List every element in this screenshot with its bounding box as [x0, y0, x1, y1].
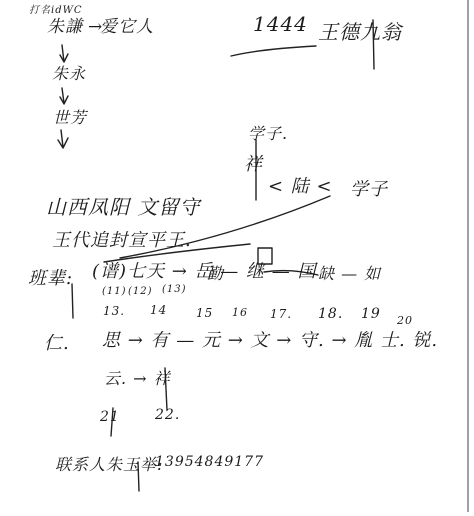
contact-phone: 13954849177 [155, 455, 264, 469]
row3-chain: 云. → 祥 [104, 371, 171, 387]
down-arrow-2 [60, 88, 68, 104]
paren-number-11: (11) [102, 287, 127, 297]
lineage-third: 世芳 [53, 110, 87, 126]
row3-number-22: 22. [155, 408, 180, 422]
header-number: 1444 [253, 14, 308, 34]
paren-number-13: (13) [162, 285, 187, 295]
row2-label: 仁. [44, 335, 70, 353]
lineage-second: 朱永 [52, 66, 86, 82]
generation-chain-b: 缺 — 如 [318, 266, 381, 282]
paren-number-12: (12) [128, 287, 153, 297]
side-chain-end: 学子 [350, 181, 388, 199]
corner-label: 打名idWC [29, 6, 83, 16]
origin-line: 山西凤阳 文留守 [46, 197, 200, 217]
row3-number-21: 21 [100, 410, 120, 424]
down-arrow-3 [58, 130, 68, 148]
generation-descender [72, 284, 73, 318]
generation-chain: (谱)七天 → 岳 — 继 — 国 [92, 263, 316, 281]
title-line: 王代追封宣平王. [52, 232, 192, 250]
contact-label: 联系人朱玉举: [55, 457, 163, 473]
underline-1444 [231, 46, 316, 56]
down-arrow-1 [60, 45, 68, 62]
gen-number-20: 20 [397, 315, 413, 326]
side-vertical-a: 学子. [248, 126, 288, 142]
gen-number-18: 18. [318, 307, 343, 321]
gen-number-19: 19 [361, 307, 381, 321]
row2-chain: 思 → 有 — 元 → 文 → 守. → 胤 士. 锐. [102, 332, 438, 350]
gen-number-13: 13. [103, 305, 125, 317]
generation-label: 班辈: [28, 270, 73, 288]
side-vertical-b: 祥 [244, 156, 263, 174]
scan-edge-line [467, 0, 469, 512]
lineage-top: 朱謙 [47, 19, 83, 36]
handwritten-note-page: 打名idWC 朱謙 → 爱它人 朱永 世芳 1444 王德九翁 学子. 祥 < … [0, 0, 474, 516]
gen-number-17: 17. [270, 308, 292, 320]
generation-sub: 勤 [207, 266, 224, 282]
gen-number-14: 14 [150, 304, 167, 316]
header-name: 王德九翁 [318, 22, 402, 42]
gen-number-16: 16 [232, 307, 248, 318]
lineage-top-target: 爱它人 [100, 19, 154, 36]
gen-number-15: 15 [196, 307, 213, 319]
side-chain: < 陆 < [268, 178, 333, 196]
